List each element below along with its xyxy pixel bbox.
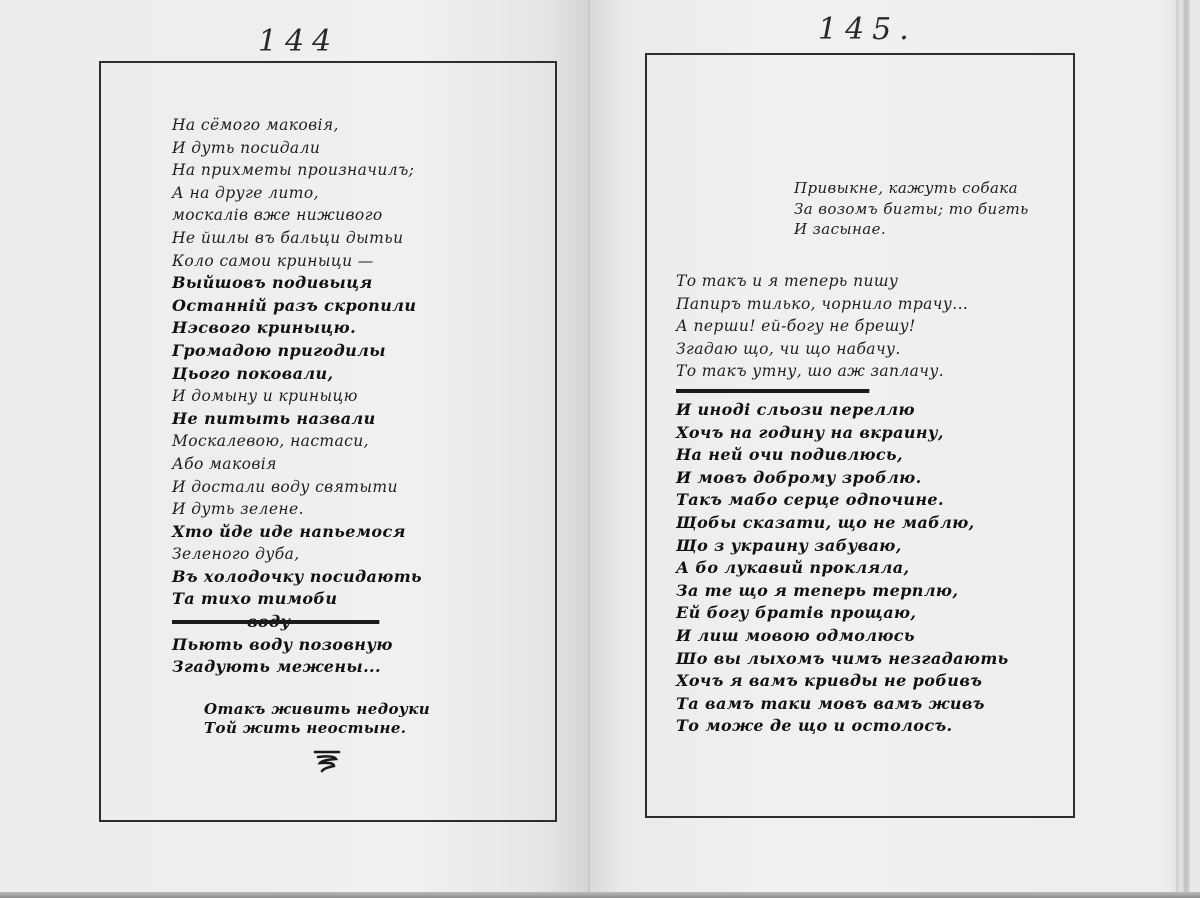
right-page: 145. Привыкне, кажуть собака За возомъ б… <box>590 0 1190 898</box>
poem-line: Папиръ тилько, чорнило трачу... <box>676 293 1009 316</box>
poem-line: То такъ и я теперь пишу <box>676 270 1009 293</box>
poem-line: Не питыть назвали <box>172 408 422 431</box>
poem-line: Згадують межены... <box>172 656 422 679</box>
struck-out-line: ~~~~~ воду ~~~~~~ <box>172 611 422 634</box>
poem-line: На ней очи подивлюсь, <box>676 444 1009 467</box>
poem-line: И достали воду святыти <box>172 476 422 499</box>
poem-line: Щобы сказати, що не маблю, <box>676 512 1009 535</box>
poem-line: Що з украину забуваю, <box>676 535 1009 558</box>
poem-line: И дуть посидали <box>172 137 422 160</box>
book-spread: 144 На сёмого маковія, И дуть посидали Н… <box>0 0 1200 898</box>
poem-line: Хто йде иде напьемося <box>172 521 422 544</box>
page-number-right: 145. <box>818 12 917 47</box>
poem-line: Зеленого дуба, <box>172 543 422 566</box>
poem-line: За те що я теперь терплю, <box>676 580 1009 603</box>
closing-line: Той жить неостыне. <box>204 719 430 738</box>
poem-line: И мовъ доброму зроблю. <box>676 467 1009 490</box>
closing-line: Отакъ живить недоуки <box>204 700 430 719</box>
poem-line: И домыну и криныцю <box>172 385 422 408</box>
poem-line: Згадаю що, чи що набачу. <box>676 338 1009 361</box>
poem-line: Хочъ я вамъ кривды не робивъ <box>676 670 1009 693</box>
closing-couplet: Отакъ живить недоуки Той жить неостыне. <box>204 700 430 738</box>
poem-line: Та тихо тимоби <box>172 588 422 611</box>
struck-out-line: ~~~~~~~~~~~~~~ <box>676 383 1009 399</box>
left-page: 144 На сёмого маковія, И дуть посидали Н… <box>0 0 590 898</box>
poem-line: Останній разъ скропили <box>172 295 422 318</box>
flourish-mark-icon <box>312 748 342 774</box>
epigraph: Привыкне, кажуть собака За возомъ бигты;… <box>794 178 1029 240</box>
poem-line: На сёмого маковія, <box>172 114 422 137</box>
poem-line: Выйшовъ подивыця <box>172 272 422 295</box>
poem-line: Хочъ на годину на вкраину, <box>676 422 1009 445</box>
epigraph-line: Привыкне, кажуть собака <box>794 178 1029 199</box>
poem-line: На прихметы произначилъ; <box>172 159 422 182</box>
poem-text-left: На сёмого маковія, И дуть посидали На пр… <box>172 114 422 679</box>
poem-line: А перши! ей-богу не брешу! <box>676 315 1009 338</box>
poem-line: А на друге лито, <box>172 182 422 205</box>
poem-line: Нэсвого криныцю. <box>172 317 422 340</box>
poem-line: Громадою пригодилы <box>172 340 422 363</box>
poem-line: Въ холодочку посидають <box>172 566 422 589</box>
poem-line: Або маковія <box>172 453 422 476</box>
page-number-left: 144 <box>258 24 339 59</box>
poem-line: москалів вже ниживого <box>172 204 422 227</box>
epigraph-line: И засынае. <box>794 219 1029 240</box>
poem-line: Та вамъ таки мовъ вамъ живъ <box>676 693 1009 716</box>
page-edge-right <box>1176 0 1190 898</box>
poem-line: Москалевою, настаси, <box>172 430 422 453</box>
poem-line: И лиш мовою одмолюсь <box>676 625 1009 648</box>
epigraph-line: За возомъ бигты; то бигть <box>794 199 1029 220</box>
poem-line: И инодi сльози переллю <box>676 399 1009 422</box>
poem-text-right: То такъ и я теперь пишу Папиръ тилько, ч… <box>676 270 1009 738</box>
poem-line: То такъ утну, шо аж заплачу. <box>676 360 1009 383</box>
poem-line: Ей богу братів прощаю, <box>676 602 1009 625</box>
page-edge-bottom <box>0 892 1200 898</box>
poem-line: Не йшлы въ бальци дытьи <box>172 227 422 250</box>
poem-line: То може де що и остолосъ. <box>676 715 1009 738</box>
poem-line: Пьють воду позовную <box>172 634 422 657</box>
poem-line: И дуть зелене. <box>172 498 422 521</box>
poem-line: Шо вы лыхомъ чимъ незгадають <box>676 648 1009 671</box>
poem-line-corrected: Цього поковали, <box>172 363 422 386</box>
poem-line: Коло самои криныци — <box>172 250 422 273</box>
poem-line: А бо лукавий прокляла, <box>676 557 1009 580</box>
poem-line: Такъ мабо серце одпочине. <box>676 489 1009 512</box>
